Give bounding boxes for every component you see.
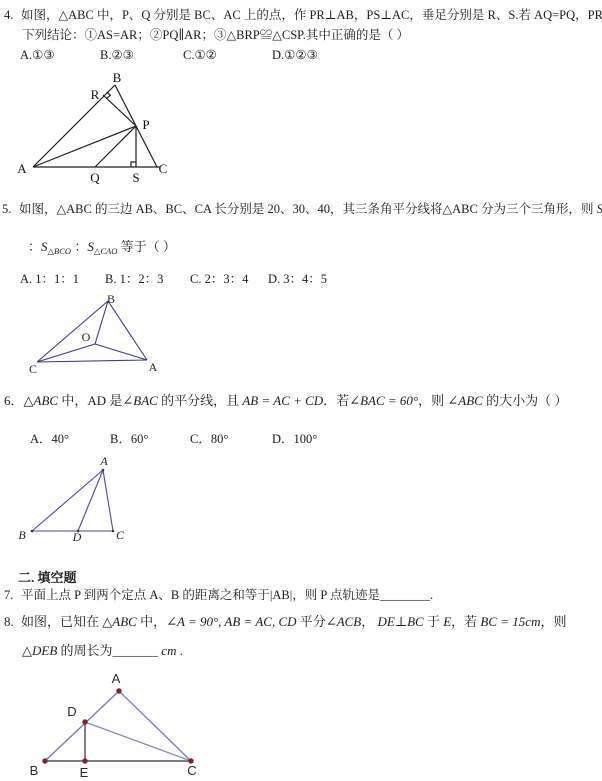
fig6-label-C: C xyxy=(116,528,125,542)
p4-line2-text: 下列结论：①AS=AR；②PQ∥AR；③△BRP≌△CSP.其中正确的是（ ） xyxy=(22,28,409,42)
p7-line1: 7.平面上点 P 到两个定点 A、B 的距离之和等于|AB|，则 P 点轨迹是_… xyxy=(4,588,433,603)
p5-option-d: D. 3：4：5 xyxy=(268,269,327,287)
fig5-labels: B O C A xyxy=(29,293,158,376)
fig8-edge-BA xyxy=(45,691,119,761)
fig4-segment-PR xyxy=(103,95,136,126)
p8-l1-seg-5: ∠ACB xyxy=(326,614,361,629)
p5-line2: ：S△BCO ：S△CAO 等于（ ） xyxy=(28,239,176,259)
section2-header: 二. 填空题 xyxy=(18,570,77,585)
fig6-triangle-lines xyxy=(32,470,113,531)
p5-option-c: C. 2：3：4 xyxy=(190,269,248,287)
figure-problem5: B O C A xyxy=(0,293,210,385)
fig8-dot-D xyxy=(82,719,87,724)
p8-l1-seg-11: BC = 15cm xyxy=(480,614,540,629)
fig4-label-R: R xyxy=(91,87,100,102)
fig8-triangle-lines xyxy=(45,691,191,761)
p6-number: 6． xyxy=(4,393,24,408)
fig6-dot-C xyxy=(112,530,115,533)
p8-number: 8. xyxy=(4,614,21,629)
p4-line1: 4.如图，△ABC 中，P、Q 分别是 BC、AC 上的点，作 PR⊥AB，PS… xyxy=(4,8,602,23)
p8-l1-seg-3: ∠A = 90°, AB = AC, CD xyxy=(166,614,296,629)
p5-line1-text: 如图，△ABC 的三边 AB、BC、CA 长分别是 20、30、40，其三条角平… xyxy=(19,202,593,216)
p6-seg-4: AB = AC + CD xyxy=(242,393,323,408)
p8-l2-seg-2: cm xyxy=(161,643,176,658)
p7-number: 7. xyxy=(4,588,21,603)
p6-seg-2: ∠BAC xyxy=(122,393,157,408)
p5-option-b: B. 1：2：3 xyxy=(105,269,163,287)
fig6-label-D: D xyxy=(72,530,82,544)
fig8-vertex-dots xyxy=(42,688,193,763)
p6-seg-9: 的大小为（ ） xyxy=(483,393,568,408)
p4-option-c: C.①② xyxy=(183,47,217,63)
section2-title: 二. 填空题 xyxy=(18,570,77,585)
fig6-segment-AD xyxy=(78,470,103,531)
p5-area-symbol-1: S xyxy=(597,202,602,216)
figure-problem4: B R P A Q S C xyxy=(0,68,230,188)
p8-l1-seg-2: 中， xyxy=(137,614,166,629)
figure-problem8: A D B E C xyxy=(0,670,230,781)
fig8-label-A: A xyxy=(112,671,121,686)
p8-line2: △DEB 的周长为_______ cm . xyxy=(22,643,183,658)
fig8-dot-A xyxy=(116,688,121,693)
p6-seg-6: ∠BAC = 60° xyxy=(349,393,418,408)
fig4-label-C: C xyxy=(159,161,168,176)
fig6-edge-AC xyxy=(103,470,113,531)
p6-seg-5: ．若 xyxy=(323,393,349,408)
p6-option-d: D．100° xyxy=(272,429,317,447)
p4-option-a: A.①③ xyxy=(20,47,55,63)
p8-l2-seg-0: △DEB xyxy=(22,643,57,658)
p8-l1-seg-12: ，则 xyxy=(540,614,566,629)
p8-line1: 8.如图，已知在 △ABC 中，∠A = 90°, AB = AC, CD 平分… xyxy=(4,614,566,629)
p6-option-c: C．80° xyxy=(190,429,228,447)
fig4-edge-AB xyxy=(33,85,115,167)
fig5-label-A: A xyxy=(149,360,158,374)
fig6-edge-AB xyxy=(32,470,103,531)
p6-line1: 6．△ABC 中，AD 是∠BAC 的平分线，且 AB = AC + CD．若∠… xyxy=(4,393,567,408)
fig4-label-A: A xyxy=(17,161,27,176)
p8-l1-seg-7: DE⊥BC xyxy=(378,614,424,629)
fig4-label-P: P xyxy=(142,117,149,132)
p8-l1-seg-10: ，若 xyxy=(451,614,480,629)
p4-option-d: D.①②③ xyxy=(272,47,318,63)
fig5-edge-AB xyxy=(108,301,147,360)
fig5-label-B: B xyxy=(107,293,115,306)
fig8-dot-E xyxy=(82,758,87,763)
fig8-dot-B xyxy=(42,758,47,763)
fig5-edge-BC xyxy=(37,301,108,362)
fig5-edge-CA xyxy=(37,360,147,362)
fig4-right-angle-mark-R xyxy=(107,92,111,99)
fig8-label-C: C xyxy=(187,763,196,778)
fig5-segment-OC xyxy=(37,344,95,362)
p6-seg-7: ，则 xyxy=(418,393,447,408)
fig4-segment-AP xyxy=(33,126,136,167)
p6-seg-3: 的平分线，且 xyxy=(158,393,243,408)
fig6-label-A: A xyxy=(99,454,108,468)
p5-area-sub-3: △CAO xyxy=(94,246,118,256)
fig8-labels: A D B E C xyxy=(30,671,197,780)
fig5-label-O: O xyxy=(82,330,91,344)
p8-l1-seg-0: 如图，已知在 xyxy=(21,614,102,629)
fig5-segment-OA xyxy=(95,344,147,360)
fig6-dot-A xyxy=(102,469,105,472)
p8-l1-seg-9: E xyxy=(443,614,451,629)
fig4-label-Q: Q xyxy=(90,170,100,185)
p5-line1: 5.如图，△ABC 的三边 AB、BC、CA 长分别是 20、30、40，其三条… xyxy=(2,202,602,221)
p6-seg-0: △ABC xyxy=(24,393,59,408)
p6-option-a: A．40° xyxy=(30,429,69,447)
p8-l1-seg-6: ， xyxy=(361,614,377,629)
fig4-labels: B R P A Q S C xyxy=(17,70,167,185)
p5-line2-tail: 等于（ ） xyxy=(121,239,176,254)
p5-colon-2: ： xyxy=(74,239,87,254)
p8-l2-seg-1: 的周长为_______ xyxy=(57,643,161,658)
p4-line1-text: 如图，△ABC 中，P、Q 分别是 BC、AC 上的点，作 PR⊥AB，PS⊥A… xyxy=(21,8,602,22)
p4-number: 4. xyxy=(4,8,21,23)
p6-option-b: B．60° xyxy=(110,429,148,447)
p5-colon-1: ： xyxy=(28,239,41,254)
p4-line2: 下列结论：①AS=AR；②PQ∥AR；③△BRP≌△CSP.其中正确的是（ ） xyxy=(22,28,409,43)
fig4-label-S: S xyxy=(132,170,139,185)
fig8-label-E: E xyxy=(80,765,89,780)
fig4-label-B: B xyxy=(113,70,122,85)
fig8-label-B: B xyxy=(30,763,39,778)
fig8-segment-DC xyxy=(85,722,191,761)
fig6-label-B: B xyxy=(18,528,26,542)
fig5-triangle-lines xyxy=(37,301,147,362)
fig8-edge-AC xyxy=(119,691,191,761)
p7-line1-text: 平面上点 P 到两个定点 A、B 的距离之和等于|AB|，则 P 点轨迹是___… xyxy=(21,588,433,602)
worksheet-page: 4.如图，△ABC 中，P、Q 分别是 BC、AC 上的点，作 PR⊥AB，PS… xyxy=(0,0,602,781)
p8-l1-seg-1: △ABC xyxy=(102,614,137,629)
fig4-segment-PQ xyxy=(95,126,136,167)
fig6-vertex-dots xyxy=(31,469,115,533)
p4-option-b: B.②③ xyxy=(100,47,134,63)
fig5-segment-OB xyxy=(95,301,108,344)
fig8-label-D: D xyxy=(67,704,76,719)
p8-l1-seg-4: 平分 xyxy=(297,614,326,629)
p8-l2-seg-3: . xyxy=(176,643,183,658)
p5-area-sub-2: △BCO xyxy=(48,246,72,256)
fig5-label-C: C xyxy=(29,362,37,376)
p6-seg-8: ∠ABC xyxy=(447,393,482,408)
p6-seg-1: 中，AD 是 xyxy=(58,393,122,408)
p5-number: 5. xyxy=(2,202,19,217)
figure-problem6: A B D C xyxy=(0,453,190,548)
fig4-right-angle-mark-S xyxy=(131,162,136,167)
p8-l1-seg-8: 于 xyxy=(424,614,444,629)
fig6-dot-B xyxy=(31,530,34,533)
p5-option-a: A. 1：1：1 xyxy=(20,269,79,287)
